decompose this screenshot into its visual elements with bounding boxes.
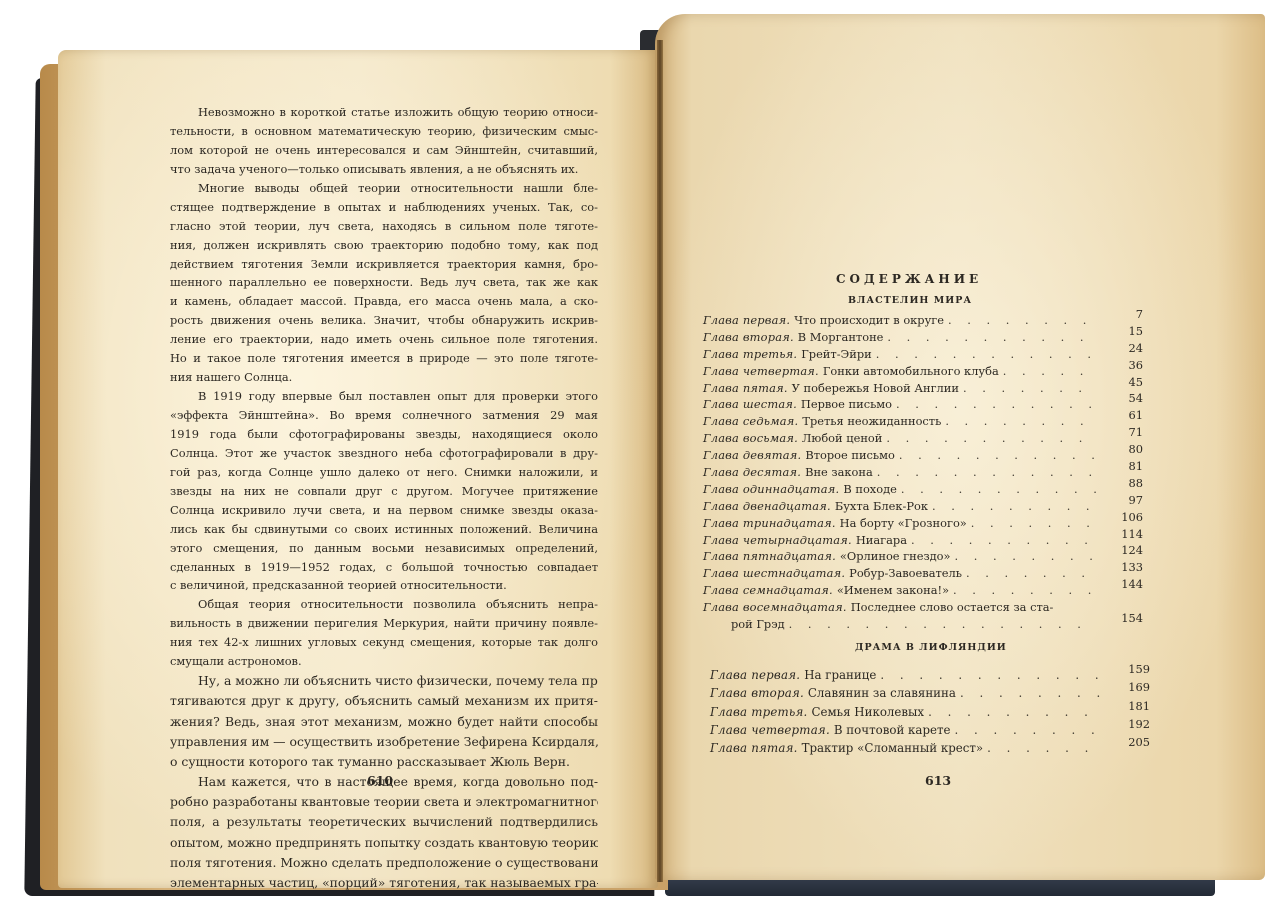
text-line: и камень, обладает массой. Правда, его м… <box>170 292 598 311</box>
toc-chapter-name: «Орлиное гнездо» <box>840 549 951 563</box>
toc-entry: Глава пятая.У побережья Новой Англии. . … <box>703 381 1143 398</box>
text-line: Общая теория относительности позволила о… <box>170 595 598 614</box>
text-line: вильность в движении перигелия Меркурия,… <box>170 614 598 633</box>
book-gutter <box>657 40 663 882</box>
toc-chapter-name: Любой ценой <box>802 431 882 445</box>
toc-chapter-label: Глава восьмая. <box>703 431 798 445</box>
toc-leader-dots: . . . . . . . . . . . . . . . . . . . . … <box>948 313 1097 327</box>
toc-list-part-2: Глава первая.На границе. . . . . . . . .… <box>710 668 1150 759</box>
toc-chapter-name: «Именем закона!» <box>837 583 949 597</box>
text-line: В 1919 году впервые был поставлен опыт д… <box>170 387 598 406</box>
toc-chapter-name: Первое письмо <box>801 397 892 411</box>
toc-chapter-name: У побережья Новой Англии <box>792 381 959 395</box>
toc-part-title: ДРАМА В ЛИФЛЯНДИИ <box>855 642 1007 653</box>
text-line: сделанных в 1919—1952 годах, с большой т… <box>170 558 598 577</box>
toc-chapter-label: Глава шестая. <box>703 397 797 411</box>
toc-page-number: 81 <box>1111 459 1143 473</box>
toc-entry: Глава седьмая.Третья неожиданность. . . … <box>703 414 1143 431</box>
toc-page-number: 45 <box>1111 375 1143 389</box>
toc-title: СОДЕРЖАНИЕ <box>836 272 982 286</box>
toc-chapter-name: Второе письмо <box>805 448 895 462</box>
toc-chapter-label: Глава восемнадцатая. <box>703 600 847 614</box>
text-line: рость движения очень велика. Значит, что… <box>170 311 598 330</box>
text-line: поля, а результаты теоретических вычисле… <box>170 812 598 832</box>
toc-leader-dots: . . . . . . . . . . . . . . . . . . . . … <box>960 686 1104 700</box>
text-line: робно разработаны квантовые теории света… <box>170 792 598 812</box>
toc-leader-dots: . . . . . . . . . . . . . . . . . . . . … <box>955 723 1104 737</box>
toc-entry: Глава восемнадцатая.Последнее слово оста… <box>703 600 1143 631</box>
toc-page-number: 80 <box>1111 442 1143 456</box>
toc-chapter-name: Грейт-Эйри <box>801 347 872 361</box>
toc-leader-dots: . . . . . . . . . . . . . . . . . . . . … <box>987 741 1104 755</box>
toc-page-number: 144 <box>1111 577 1143 591</box>
toc-leader-dots: . . . . . . . . . . . . . . . . . . . . … <box>880 668 1104 682</box>
toc-chapter-name: Семья Николевых <box>812 705 925 719</box>
toc-chapter-label: Глава седьмая. <box>703 414 798 428</box>
toc-chapter-label: Глава пятнадцатая. <box>703 549 836 563</box>
toc-chapter-name: Третья неожиданность <box>802 414 941 428</box>
toc-chapter-name: Что происходит в округе <box>794 313 944 327</box>
toc-page-number: 36 <box>1111 358 1143 372</box>
toc-leader-dots: . . . . . . . . . . . . . . . . . . . . … <box>928 705 1104 719</box>
text-line: звезды на них не совпали друг с другом. … <box>170 482 598 501</box>
text-line: стящее подтверждение в опытах и наблюден… <box>170 198 598 217</box>
toc-chapter-name: Гонки автомобильного клуба <box>823 364 999 378</box>
text-line: поля тяготения. Можно сделать предположе… <box>170 853 598 873</box>
toc-chapter-label: Глава третья. <box>703 347 797 361</box>
toc-page-number: 54 <box>1111 391 1143 405</box>
text-line: опытом, можно предпринять попытку создат… <box>170 833 598 853</box>
toc-leader-dots: . . . . . . . . . . . . . . . . . . . . … <box>899 448 1097 462</box>
toc-chapter-name: Ниагара <box>856 533 907 547</box>
toc-leader-dots: . . . . . . . . . . . . . . . . . . . . … <box>887 330 1097 344</box>
toc-leader-dots: . . . . . . . . . . . . . . . . . . . . … <box>901 482 1097 496</box>
right-page-number: 613 <box>925 773 951 788</box>
toc-entry: Глава семнадцатая.«Именем закона!». . . … <box>703 583 1143 600</box>
text-line: ния тех 42-х лишних угловых секунд смеще… <box>170 633 598 652</box>
toc-page-number: 169 <box>1118 680 1150 694</box>
toc-chapter-name: Бухта Блек-Рок <box>835 499 928 513</box>
toc-leader-dots: . . . . . . . . . . . . . . . . . . . . … <box>953 583 1097 597</box>
toc-entry: Глава одиннадцатая.В походе. . . . . . .… <box>703 482 1143 499</box>
toc-chapter-label: Глава десятая. <box>703 465 801 479</box>
toc-entry: Глава вторая.В Моргантоне. . . . . . . .… <box>703 330 1143 347</box>
toc-chapter-name: Последнее слово остается за ста- <box>851 600 1054 614</box>
toc-entry: Глава двенадцатая.Бухта Блек-Рок. . . . … <box>703 499 1143 516</box>
text-line: лом которой не очень интересовался и сам… <box>170 141 598 160</box>
toc-leader-dots: . . . . . . . . . . . . . . . . . . . . … <box>945 414 1097 428</box>
toc-chapter-name: В почтовой карете <box>834 723 951 737</box>
text-line: что задача ученого—только описывать явле… <box>170 160 598 179</box>
toc-page-number: 71 <box>1111 425 1143 439</box>
text-line: шенного параллельно ее поверхности. Ведь… <box>170 273 598 292</box>
toc-entry: Глава вторая.Славянин за славянина. . . … <box>710 686 1150 704</box>
toc-leader-dots: . . . . . . . . . . . . . . . . . . . . … <box>955 549 1097 563</box>
toc-entry: Глава шестнадцатая.Робур-Завоеватель. . … <box>703 566 1143 583</box>
text-line: «эффекта Эйнштейна». Во время солнечного… <box>170 406 598 425</box>
text-line: Солнца искривило лучи света, и на первом… <box>170 501 598 520</box>
toc-leader-dots: . . . . . . . . . . . . . . . . . . . . … <box>877 465 1097 479</box>
text-line: с величиной, предсказанной теорией относ… <box>170 576 598 595</box>
toc-entry: Глава первая.На границе. . . . . . . . .… <box>710 668 1150 686</box>
toc-leader-dots: . . . . . . . . . . . . . . . . . . . . … <box>896 397 1097 411</box>
open-book: Невозможно в короткой статье изложить об… <box>0 0 1280 922</box>
text-line: действием тяготения Земли искривляется т… <box>170 255 598 274</box>
toc-page-number: 192 <box>1118 717 1150 731</box>
toc-leader-dots: . . . . . . . . . . . . . . . . . . . . … <box>932 499 1097 513</box>
toc-chapter-name: В походе <box>843 482 896 496</box>
text-line: элементарных частиц, «порций» тяготения,… <box>170 873 598 893</box>
text-line: Но и такое поле тяготения имеется в прир… <box>170 349 598 368</box>
toc-entry: Глава тринадцатая.На борту «Грозного». .… <box>703 516 1143 533</box>
toc-page-number: 7 <box>1111 307 1143 321</box>
toc-chapter-label: Глава тринадцатая. <box>703 516 836 530</box>
toc-leader-dots: . . . . . . . . . . . . . . . . . . . . … <box>886 431 1097 445</box>
toc-page-number: 124 <box>1111 543 1143 557</box>
toc-entry: Глава восьмая.Любой ценой. . . . . . . .… <box>703 431 1143 448</box>
toc-leader-dots: . . . . . . . . . . . . . . . . . . . . … <box>966 566 1097 580</box>
toc-leader-dots: . . . . . . . . . . . . . . . . . . . . … <box>876 347 1097 361</box>
text-line: 1919 года были сфотографированы звезды, … <box>170 425 598 444</box>
toc-part-title: ВЛАСТЕЛИН МИРА <box>848 295 972 306</box>
toc-chapter-label: Глава шестнадцатая. <box>703 566 845 580</box>
toc-chapter-name-continued: рой Грэд <box>731 617 785 631</box>
toc-entry: Глава пятнадцатая.«Орлиное гнездо». . . … <box>703 549 1143 566</box>
text-line: гласно этой теории, луч света, находясь … <box>170 217 598 236</box>
text-line: Невозможно в короткой статье изложить об… <box>170 103 598 122</box>
text-line: Многие выводы общей теории относительнос… <box>170 179 598 198</box>
text-line: о сущности которого так туманно рассказы… <box>170 752 598 772</box>
toc-leader-dots: . . . . . . . . . . . . . . . . . . . . … <box>911 533 1097 547</box>
toc-chapter-label: Глава первая. <box>703 313 790 327</box>
toc-chapter-label: Глава пятая. <box>710 741 798 755</box>
text-line: смущали астрономов. <box>170 652 598 671</box>
text-line: тельности, в основном математическую тео… <box>170 122 598 141</box>
toc-entry: Глава девятая.Второе письмо. . . . . . .… <box>703 448 1143 465</box>
toc-page-number: 97 <box>1111 493 1143 507</box>
text-line: лись как бы сдвинутыми со своих истинных… <box>170 520 598 539</box>
toc-page-number: 181 <box>1118 699 1150 713</box>
text-line: Ну, а можно ли объяснить чисто физически… <box>170 671 598 691</box>
toc-chapter-label: Глава семнадцатая. <box>703 583 833 597</box>
toc-chapter-name: Славянин за славянина <box>808 686 956 700</box>
toc-entry: Глава четвертая.Гонки автомобильного клу… <box>703 364 1143 381</box>
toc-chapter-label: Глава третья. <box>710 705 808 719</box>
toc-chapter-name: Трактир «Сломанный крест» <box>802 741 984 755</box>
toc-chapter-label: Глава четвертая. <box>710 723 830 737</box>
toc-chapter-label: Глава четырнадцатая. <box>703 533 852 547</box>
left-page-number: 610 <box>367 773 393 788</box>
toc-page-number: 61 <box>1111 408 1143 422</box>
text-line: этого смещения, по данным восьми независ… <box>170 539 598 558</box>
toc-entry: Глава четырнадцатая.Ниагара. . . . . . .… <box>703 533 1143 550</box>
toc-chapter-name: В Моргантоне <box>798 330 884 344</box>
toc-entry: Глава четвертая.В почтовой карете. . . .… <box>710 723 1150 741</box>
toc-page-number: 205 <box>1118 735 1150 749</box>
toc-page-number: 159 <box>1118 662 1150 676</box>
toc-entry: Глава третья.Семья Николевых. . . . . . … <box>710 705 1150 723</box>
toc-list-part-1: Глава первая.Что происходит в округе. . … <box>703 313 1143 631</box>
text-line: жения? Ведь, зная этот механизм, можно б… <box>170 712 598 732</box>
toc-page-number: 24 <box>1111 341 1143 355</box>
toc-chapter-label: Глава первая. <box>710 668 800 682</box>
toc-entry: Глава пятая.Трактир «Сломанный крест». .… <box>710 741 1150 759</box>
toc-entry: Глава третья.Грейт-Эйри. . . . . . . . .… <box>703 347 1143 364</box>
toc-leader-dots: . . . . . . . . . . . . . . . . . . . . … <box>963 381 1097 395</box>
toc-chapter-label: Глава вторая. <box>703 330 794 344</box>
toc-page-number: 88 <box>1111 476 1143 490</box>
toc-page-number: 114 <box>1111 527 1143 541</box>
toc-page-number: 15 <box>1111 324 1143 338</box>
text-line: ния, должен искривлять свою траекторию п… <box>170 236 598 255</box>
toc-chapter-name: Вне закона <box>805 465 873 479</box>
toc-chapter-name: Робур-Завоеватель <box>849 566 962 580</box>
text-line: тягиваются друг к другу, объяснить самый… <box>170 691 598 711</box>
text-line: ния нашего Солнца. <box>170 368 598 387</box>
toc-entry: Глава первая.Что происходит в округе. . … <box>703 313 1143 330</box>
toc-chapter-label: Глава девятая. <box>703 448 801 462</box>
toc-leader-dots: . . . . . . . . . . . . . . . . . . . . … <box>789 617 1097 631</box>
text-line: управления им — осуществить изобретение … <box>170 732 598 752</box>
toc-leader-dots: . . . . . . . . . . . . . . . . . . . . … <box>971 516 1097 530</box>
text-line: ление его траектории, надо иметь очень с… <box>170 330 598 349</box>
toc-leader-dots: . . . . . . . . . . . . . . . . . . . . … <box>1003 364 1097 378</box>
toc-chapter-label: Глава одиннадцатая. <box>703 482 839 496</box>
toc-entry: Глава десятая.Вне закона. . . . . . . . … <box>703 465 1143 482</box>
toc-page-number: 133 <box>1111 560 1143 574</box>
toc-page-number: 154 <box>1111 611 1143 625</box>
toc-chapter-label: Глава вторая. <box>710 686 804 700</box>
text-line: гой раз, когда Солнце ушло далеко от нег… <box>170 463 598 482</box>
toc-chapter-label: Глава двенадцатая. <box>703 499 831 513</box>
toc-chapter-label: Глава четвертая. <box>703 364 819 378</box>
toc-page-number: 106 <box>1111 510 1143 524</box>
toc-chapter-label: Глава пятая. <box>703 381 788 395</box>
toc-chapter-name: На границе <box>804 668 876 682</box>
toc-entry: Глава шестая.Первое письмо. . . . . . . … <box>703 397 1143 414</box>
toc-chapter-name: На борту «Грозного» <box>840 516 967 530</box>
text-line: Солнца. Этот же участок звездного неба с… <box>170 444 598 463</box>
